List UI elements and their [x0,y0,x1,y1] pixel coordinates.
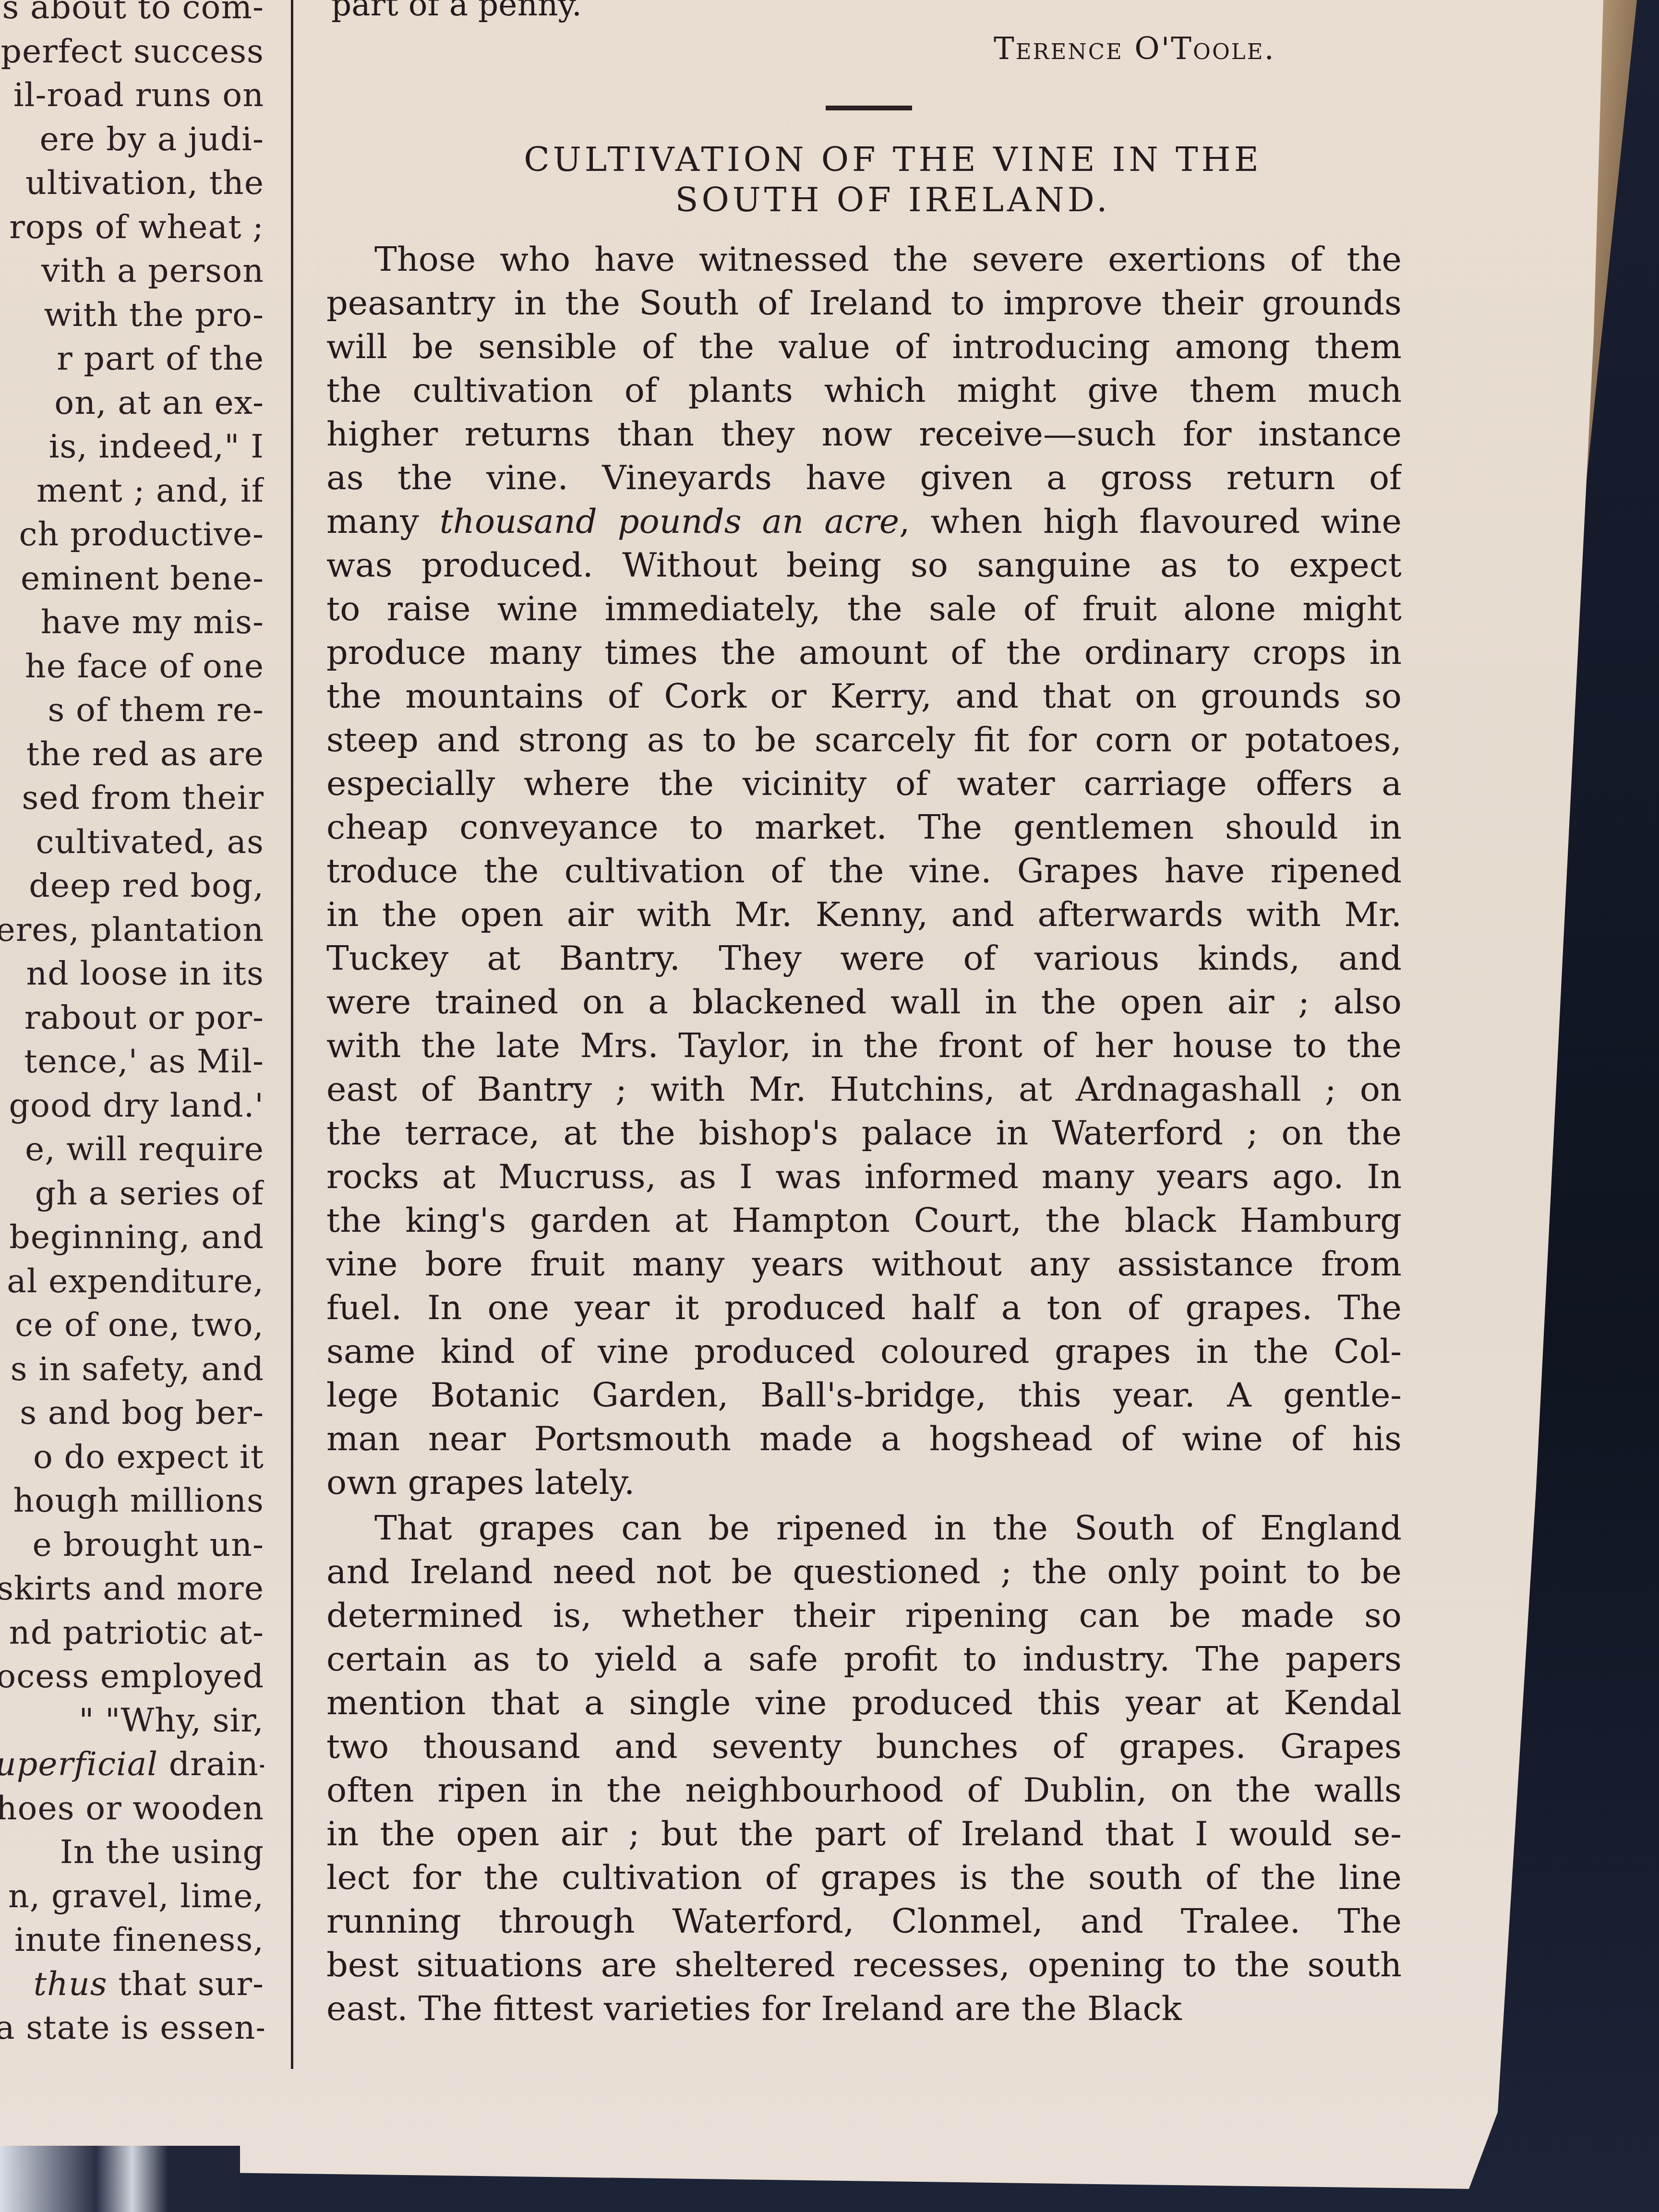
left-column-line: r part of the [0,337,264,381]
article-line: running through Waterford, Clonmel, and … [326,1899,1402,1943]
left-column-line: ch productive- [0,513,264,557]
article-line: especially where the vicinity of water c… [326,762,1402,805]
article-line: fuel. In one year it produced half a ton… [326,1286,1402,1330]
headline-line-2: SOUTH OF IRELAND. [675,180,1110,219]
article-headline: CULTIVATION OF THE VINE IN THE SOUTH OF … [379,139,1407,220]
article-line: Those who have witnessed the severe exer… [326,238,1402,281]
article-line: the king's garden at Hampton Court, the … [326,1199,1402,1242]
article-line: certain as to yield a safe profit to ind… [326,1637,1402,1681]
left-column-line: uperficial drain- [0,1743,264,1787]
article-line: higher returns than they now receive—suc… [326,412,1402,456]
left-column-line: nd loose in its [0,952,264,996]
article-body: Those who have witnessed the severe exer… [326,238,1402,2031]
article-line: That grapes can be ripened in the South … [326,1506,1402,1550]
article-line: and Ireland need not be questioned ; the… [326,1550,1402,1594]
article-line: steep and strong as to be scarcely fit f… [326,718,1402,762]
left-column-line: In the using [0,1830,264,1875]
left-column-line: on, at an ex- [0,381,264,425]
left-column-line: the red as are [0,733,264,777]
article-line: determined is, whether their ripening ca… [326,1594,1402,1637]
left-column-line: s of them re- [0,688,264,733]
left-column-line: cultivated, as [0,820,264,865]
paragraph-1: Those who have witnessed the severe exer… [326,238,1402,1506]
left-column-line: he face of one [0,645,264,689]
left-column-line: hoes or wooden [0,1787,264,1831]
left-column-line: thus that sur- [0,1962,264,2007]
article-line: Tuckey at Bantry. They were of various k… [326,937,1402,980]
article-line: rocks at Mucruss, as I was informed many… [326,1155,1402,1199]
article-line: as the vine. Vineyards have given a gros… [326,456,1402,500]
left-column-line: n, gravel, lime, [0,1875,264,1919]
left-column-line: ment ; and, if [0,469,264,513]
article-line: same kind of vine produced coloured grap… [326,1330,1402,1373]
article-line: peasantry in the South of Ireland to imp… [326,281,1402,325]
article-line: east. The fittest varieties for Ireland … [326,1987,1402,2031]
left-column-line: skirts and more [0,1567,264,1611]
article-line: lect for the cultivation of grapes is th… [326,1856,1402,1899]
left-column-line: eres, plantation [0,908,264,952]
left-column-line: ere by a judi- [0,118,264,162]
left-column-line: have my mis- [0,601,264,645]
left-column-line: gh a series of [0,1172,264,1216]
article-line: will be sensible of the value of introdu… [326,325,1402,369]
left-column-line: eminent bene- [0,557,264,601]
left-column-line: ce of one, two, [0,1303,264,1347]
left-column-line: sed from their [0,776,264,820]
left-column-line: o do expect it [0,1435,264,1479]
left-column-line: beginning, and [0,1215,264,1260]
author-signature: Terence O'Toole. [994,31,1275,67]
article-line: were trained on a blackened wall in the … [326,980,1402,1024]
left-column-line: e, will require [0,1128,264,1172]
left-column-line: e brought un- [0,1523,264,1567]
article-line: best situations are sheltered recesses, … [326,1943,1402,1987]
article-line: troduce the cultivation of the vine. Gra… [326,849,1402,893]
background-objects [0,2146,240,2212]
article-line: produce many times the amount of the ord… [326,631,1402,674]
article-line: to raise wine immediately, the sale of f… [326,587,1402,631]
left-column-line: rabout or por- [0,996,264,1040]
paragraph-2: That grapes can be ripened in the South … [326,1506,1402,2031]
left-column-line: perfect success [0,30,264,74]
left-column-line: nd patriotic at- [0,1611,264,1655]
left-column: s about to com-perfect successil-road ru… [0,0,264,2050]
left-column-line: s about to com- [0,0,264,30]
article-separator-rule [826,106,912,110]
previous-article-ending: part of a penny. [331,0,582,24]
article-line: the terrace, at the bishop's palace in W… [326,1111,1402,1155]
article-line: many thousand pounds an acre, when high … [326,500,1402,543]
article-line: two thousand and seventy bunches of grap… [326,1725,1402,1768]
left-column-line: vith a person [0,249,264,293]
article-line: cheap conveyance to market. The gentleme… [326,805,1402,849]
left-column-line: hough millions [0,1479,264,1523]
left-column-line: a state is essen- [0,2006,264,2050]
article-line: east of Bantry ; with Mr. Hutchins, at A… [326,1068,1402,1111]
article-line: was produced. Without being so sanguine … [326,543,1402,587]
left-column-line: rops of wheat ; [0,205,264,250]
headline-line-1: CULTIVATION OF THE VINE IN THE [524,140,1262,179]
article-line: the cultivation of plants which might gi… [326,369,1402,412]
left-column-line: ultivation, the [0,161,264,205]
left-column-line: al expenditure, [0,1260,264,1304]
left-column-line: ocess employed [0,1655,264,1699]
left-column-line: s and bog ber- [0,1391,264,1435]
article-line: vine bore fruit many years without any a… [326,1242,1402,1286]
article-line: often ripen in the neighbourhood of Dubl… [326,1768,1402,1812]
article-line: the mountains of Cork or Kerry, and that… [326,674,1402,718]
article-line: in the open air ; but the part of Irelan… [326,1812,1402,1856]
article-line: lege Botanic Garden, Ball's-bridge, this… [326,1373,1402,1417]
article-line: own grapes lately. [326,1461,1402,1504]
column-divider-rule [291,0,293,2069]
article-line: mention that a single vine produced this… [326,1681,1402,1725]
left-column-line: tence,' as Mil- [0,1040,264,1084]
article-line: man near Portsmouth made a hogshead of w… [326,1417,1402,1461]
left-column-line: good dry land.' [0,1084,264,1128]
article-line: with the late Mrs. Taylor, in the front … [326,1024,1402,1068]
left-column-line: is, indeed," I [0,425,264,469]
left-column-line: with the pro- [0,293,264,337]
left-column-line: deep red bog, [0,864,264,908]
left-column-line: " "Why, sir, [0,1699,264,1743]
left-column-line: il-road runs on [0,73,264,118]
article-line: in the open air with Mr. Kenny, and afte… [326,893,1402,937]
left-column-line: s in safety, and [0,1347,264,1392]
left-column-line: inute fineness, [0,1918,264,1962]
